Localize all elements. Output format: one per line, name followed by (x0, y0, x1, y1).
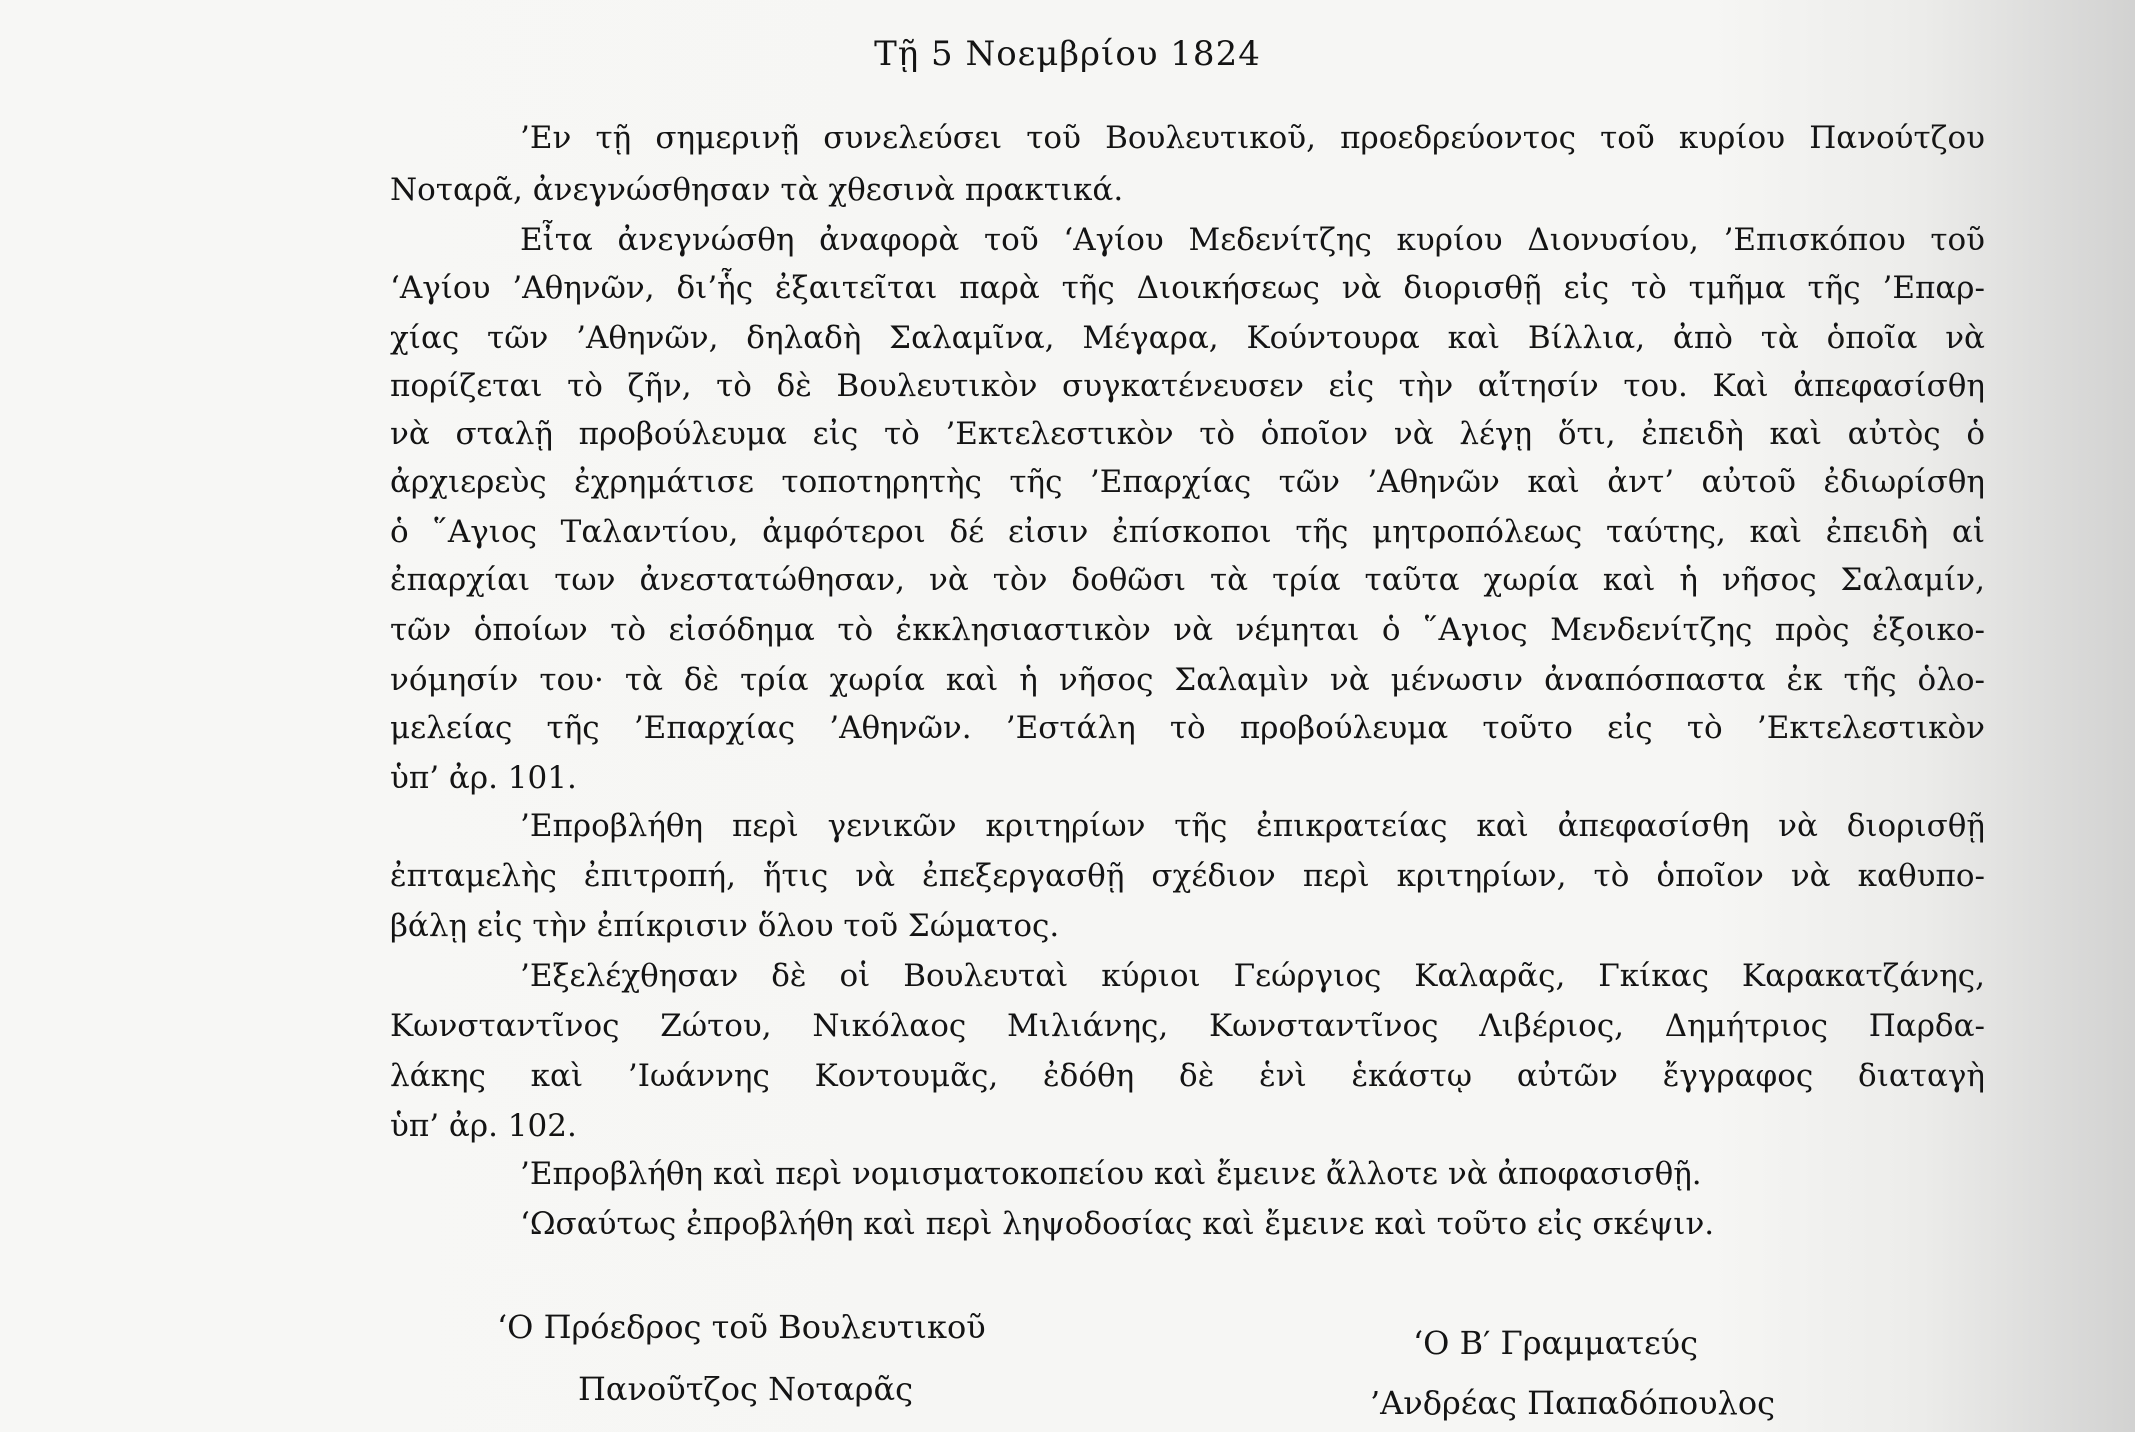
text-line: ’Επροβλήθη καὶ περὶ νομισματοκοπείου καὶ… (520, 1154, 1702, 1194)
text-line: Κωνσταντῖνος Ζώτου, Νικόλαος Μιλιάνης, Κ… (390, 1006, 1985, 1046)
text-line: μελείας τῆς ’Επαρχίας ’Αθηνῶν. ’Εστάλη τ… (390, 708, 1985, 748)
text-line: ὑπ’ ἀρ. 101. (390, 758, 577, 798)
text-line: Εἶτα ἀνεγνώσθη ἀναφορὰ τοῦ ‘Αγίου Μεδενί… (520, 220, 1985, 260)
text-line: ‘Αγίου ’Αθηνῶν, δι’ἧς ἐξαιτεῖται παρὰ τῆ… (390, 268, 1985, 308)
text-line: βάλῃ εἰς τὴν ἐπίκρισιν ὅλου τοῦ Σώματος. (390, 906, 1059, 946)
text-line: ’Εν τῇ σημερινῇ συνελεύσει τοῦ Βουλευτικ… (520, 118, 1985, 158)
signature-secretary-name: ’Ανδρέας Παπαδόπουλος (1370, 1384, 1775, 1422)
text-line: ἐπαρχίαι των ἀνεστατώθησαν, νὰ τὸν δοθῶσ… (390, 560, 1985, 600)
text-line: χίας τῶν ’Αθηνῶν, δηλαδὴ Σαλαμῖνα, Μέγαρ… (390, 318, 1985, 358)
signature-president-role: ‘Ο Πρόεδρος τοῦ Βουλευτικοῦ (497, 1308, 986, 1346)
page-title: Τῇ 5 Νοεμβρίου 1824 (0, 34, 2135, 74)
signature-president-name: Πανοῦτζος Νοταρᾶς (578, 1370, 913, 1408)
text-line: ’Εξελέχθησαν δὲ οἱ Βουλευταὶ κύριοι Γεώρ… (520, 956, 1985, 996)
text-line: ἀρχιερεὺς ἐχρημάτισε τοποτηρητὴς τῆς ’Επ… (390, 462, 1985, 502)
document-page: Τῇ 5 Νοεμβρίου 1824 ’Εν τῇ σημερινῇ συνε… (0, 0, 2135, 1432)
text-line: νόμησίν του· τὰ δὲ τρία χωρία καὶ ἡ νῆσο… (390, 660, 1985, 700)
text-line: πορίζεται τὸ ζῆν, τὸ δὲ Βουλευτικὸν συγκ… (390, 366, 1985, 406)
text-line: ‘Ωσαύτως ἐπροβλήθη καὶ περὶ ληψοδοσίας κ… (520, 1204, 1714, 1244)
text-line: ὑπ’ ἀρ. 102. (390, 1106, 577, 1146)
text-line: τῶν ὁποίων τὸ εἰσόδημα τὸ ἐκκλησιαστικὸν… (390, 610, 1985, 650)
signature-secretary-role: ‘Ο Β′ Γραμματεύς (1413, 1324, 1698, 1362)
text-line: ὁ ῞Αγιος Ταλαντίου, ἀμφότεροι δέ εἰσιν ἐ… (390, 512, 1985, 552)
text-line: λάκης καὶ ’Ιωάννης Κοντουμᾶς, ἐδόθη δὲ ἑ… (390, 1056, 1985, 1096)
text-line: ἐπταμελὴς ἐπιτροπή, ἥτις νὰ ἐπεξεργασθῇ … (390, 856, 1985, 896)
text-line: ’Επροβλήθη περὶ γενικῶν κριτηρίων τῆς ἐπ… (520, 806, 1985, 846)
text-line: νὰ σταλῇ προβούλευμα εἰς τὸ ’Εκτελεστικὸ… (390, 414, 1985, 454)
text-line: Νοταρᾶ, ἀνεγνώσθησαν τὰ χθεσινὰ πρακτικά… (390, 170, 1123, 210)
